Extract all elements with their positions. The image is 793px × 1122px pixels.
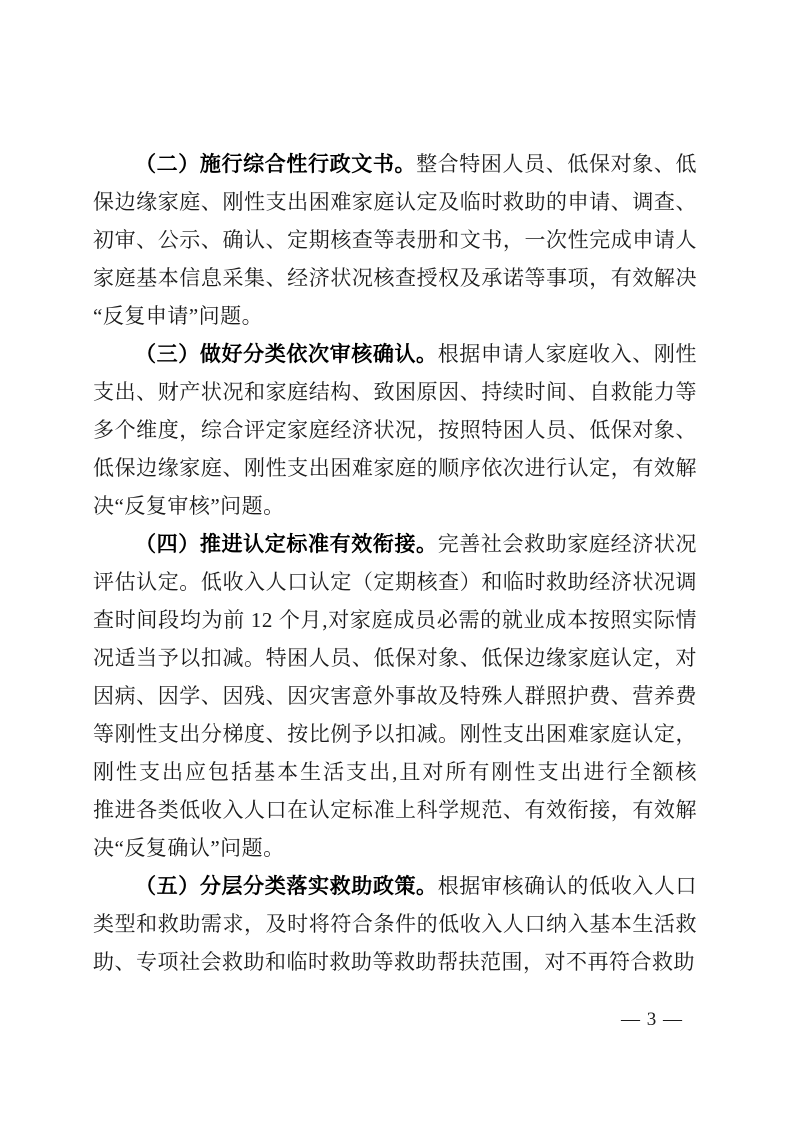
- para-first-line-text: 根据审核确认的低收入人口: [438, 874, 697, 898]
- text-line: 决“反复审核”问题。: [93, 487, 697, 525]
- text-line: 低保边缘家庭、刚性支出困难家庭的顺序依次进行认定，有效解: [93, 449, 697, 487]
- para-heading: （二）施行综合性行政文书。: [135, 152, 416, 176]
- text-line: 决“反复确认”问题。: [93, 829, 697, 867]
- text-line: 助、专项社会救助和临时救助等救助帮扶范围，对不再符合救助: [93, 943, 697, 981]
- text-line: 类型和救助需求，及时将符合条件的低收入人口纳入基本生活救: [93, 905, 697, 943]
- paragraph: （五）分层分类落实救助政策。根据审核确认的低收入人口类型和救助需求，及时将符合条…: [93, 867, 697, 981]
- text-line: 家庭基本信息采集、经济状况核查授权及承诺等事项，有效解决: [93, 259, 697, 297]
- text-line: 况适当予以扣减。特困人员、低保对象、低保边缘家庭认定，对: [93, 639, 697, 677]
- text-line: （三）做好分类依次审核确认。根据申请人家庭收入、刚性: [93, 335, 697, 373]
- para-heading: （五）分层分类落实救助政策。: [135, 874, 438, 898]
- text-line: 多个维度，综合评定家庭经济状况，按照特困人员、低保对象、: [93, 411, 697, 449]
- text-line: 查时间段均为前 12 个月,对家庭成员必需的就业成本按照实际情: [93, 601, 697, 639]
- page-number: — 3 —: [621, 1005, 683, 1035]
- para-first-line-text: 完善社会救助家庭经济状况: [438, 532, 697, 556]
- text-line: 因病、因学、因残、因灾害意外事故及特殊人群照护费、营养费: [93, 677, 697, 715]
- para-heading: （三）做好分类依次审核确认。: [135, 342, 438, 366]
- paragraph: （二）施行综合性行政文书。整合特困人员、低保对象、低保边缘家庭、刚性支出困难家庭…: [93, 145, 697, 335]
- text-line: 初审、公示、确认、定期核查等表册和文书，一次性完成申请人: [93, 221, 697, 259]
- para-heading: （四）推进认定标准有效衔接。: [135, 532, 438, 556]
- text-line: 推进各类低收入人口在认定标准上科学规范、有效衔接，有效解: [93, 791, 697, 829]
- document-page: （二）施行综合性行政文书。整合特困人员、低保对象、低保边缘家庭、刚性支出困难家庭…: [0, 0, 793, 1122]
- para-first-line-text: 根据申请人家庭收入、刚性: [438, 342, 697, 366]
- text-line: “反复申请”问题。: [93, 297, 697, 335]
- text-line: （二）施行综合性行政文书。整合特困人员、低保对象、低: [93, 145, 697, 183]
- paragraph: （四）推进认定标准有效衔接。完善社会救助家庭经济状况评估认定。低收入人口认定（定…: [93, 525, 697, 867]
- text-line: （四）推进认定标准有效衔接。完善社会救助家庭经济状况: [93, 525, 697, 563]
- text-line: （五）分层分类落实救助政策。根据审核确认的低收入人口: [93, 867, 697, 905]
- text-line: 支出、财产状况和家庭结构、致困原因、持续时间、自救能力等: [93, 373, 697, 411]
- para-first-line-text: 整合特困人员、低保对象、低: [416, 152, 697, 176]
- text-line: 刚性支出应包括基本生活支出,且对所有刚性支出进行全额核算。: [93, 753, 697, 791]
- text-line: 保边缘家庭、刚性支出困难家庭认定及临时救助的申请、调查、: [93, 183, 697, 221]
- text-line: 等刚性支出分梯度、按比例予以扣减。刚性支出困难家庭认定，: [93, 715, 697, 753]
- paragraph: （三）做好分类依次审核确认。根据申请人家庭收入、刚性支出、财产状况和家庭结构、致…: [93, 335, 697, 525]
- document-body: （二）施行综合性行政文书。整合特困人员、低保对象、低保边缘家庭、刚性支出困难家庭…: [93, 145, 697, 981]
- text-line: 评估认定。低收入人口认定（定期核查）和临时救助经济状况调: [93, 563, 697, 601]
